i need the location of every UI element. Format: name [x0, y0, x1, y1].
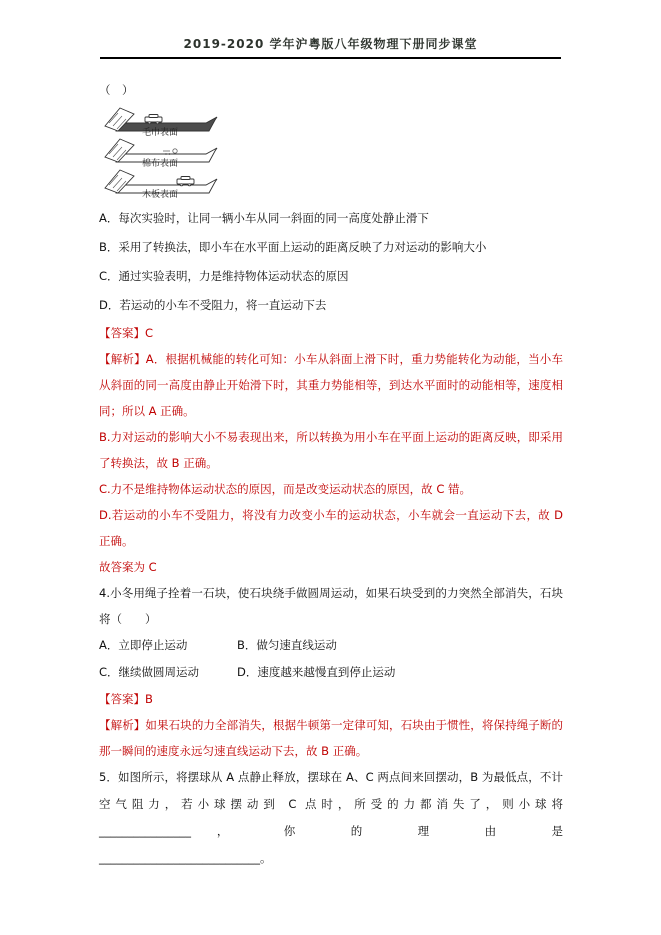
document-body: （ ） [99, 79, 563, 872]
question-5: 5．如图所示，将摆球从 A 点静止释放，摆球在 A、C 两点间来回摆动，B 为最… [99, 764, 563, 872]
car-icon [177, 177, 194, 186]
q3-analysis-conclusion: 故答案为 C [99, 554, 563, 580]
q3-option-a: A．每次实验时，让同一辆小车从同一斜面的同一高度处静止滑下 [99, 204, 563, 233]
figure-panel-towel: 毛巾表面 [103, 105, 223, 136]
figure-label-cotton: 棉布表面 [142, 157, 178, 167]
q5-stem-line2: 空气阻力，若小球摆动到 C 点时，所受的力都消失了，则小球将 [99, 791, 563, 818]
q3-answer-line: 【答案】C [99, 320, 563, 346]
q4-answer-line: 【答案】B [99, 686, 563, 712]
q4-option-a: A．立即停止运动 [99, 632, 237, 659]
experiment-figure: 毛巾表面 [103, 105, 223, 198]
q4-option-b: B．做匀速直线运动 [237, 632, 563, 659]
q3-option-b: B．采用了转换法，即小车在水平面上运动的距离反映了力对运动的影响大小 [99, 233, 563, 262]
q3-analysis-p2: B.力对运动的影响大小不易表现出来，所以转换为用小车在平面上运动的距离反映，即采… [99, 424, 563, 476]
worksheet-page: 2019-2020 学年沪粤版八年级物理下册同步课堂 （ ） [0, 0, 661, 935]
q5-blank-line1: ________________， 你 的 理 由 是 [99, 818, 563, 845]
figure-panel-wood: 木板表面 [103, 167, 223, 198]
q4-option-d: D．速度越来越慢直到停止运动 [237, 659, 563, 686]
q3-options: A．每次实验时，让同一辆小车从同一斜面的同一高度处静止滑下 B．采用了转换法，即… [99, 204, 563, 320]
q3-analysis-p4: D.若运动的小车不受阻力，将没有力改变小车的运动状态，小车就会一直运动下去，故 … [99, 502, 563, 554]
q5-stem-line1: 5．如图所示，将摆球从 A 点静止释放，摆球在 A、C 两点间来回摆动，B 为最… [99, 764, 563, 791]
header-title: 2019-2020 学年沪粤版八年级物理下册同步课堂 [0, 36, 661, 52]
q4-stem: 4.小冬用绳子拴着一石块，使石块绕手做圆周运动，如果石块受到的力突然全部消失，石… [99, 580, 563, 632]
page-header: 2019-2020 学年沪粤版八年级物理下册同步课堂 [0, 0, 661, 59]
car-icon [145, 115, 162, 124]
q3-analysis-p1: 【解析】A．根据机械能的转化可知：小车从斜面上滑下时，重力势能转化为动能，当小车… [99, 346, 563, 424]
q3-option-c: C．通过实验表明，力是维持物体运动状态的原因 [99, 262, 563, 291]
question-3: （ ） [99, 79, 563, 580]
q4-options-row-1: A．立即停止运动 B．做匀速直线运动 [99, 632, 563, 659]
q3-option-d: D．若运动的小车不受阻力，将一直运动下去 [99, 291, 563, 320]
figure-label-towel: 毛巾表面 [142, 126, 178, 136]
header-rule [100, 57, 561, 59]
q4-analysis: 【解析】如果石块的力全部消失，根据牛顿第一定律可知，石块由于惯性，将保持绳子断的… [99, 712, 563, 764]
answer-paren: （ ） [99, 79, 563, 101]
q4-options-row-2: C．继续做圆周运动 D．速度越来越慢直到停止运动 [99, 659, 563, 686]
question-4: 4.小冬用绳子拴着一石块，使石块绕手做圆周运动，如果石块受到的力突然全部消失，石… [99, 580, 563, 764]
q3-analysis-p3: C.力不是维持物体运动状态的原因，而是改变运动状态的原因，故 C 错。 [99, 476, 563, 502]
figure-panel-cotton: 棉布表面 [103, 136, 223, 167]
q4-option-c: C．继续做圆周运动 [99, 659, 237, 686]
q5-blank-line2: ____________________________。 [99, 845, 563, 872]
figure-label-wood: 木板表面 [142, 188, 178, 198]
